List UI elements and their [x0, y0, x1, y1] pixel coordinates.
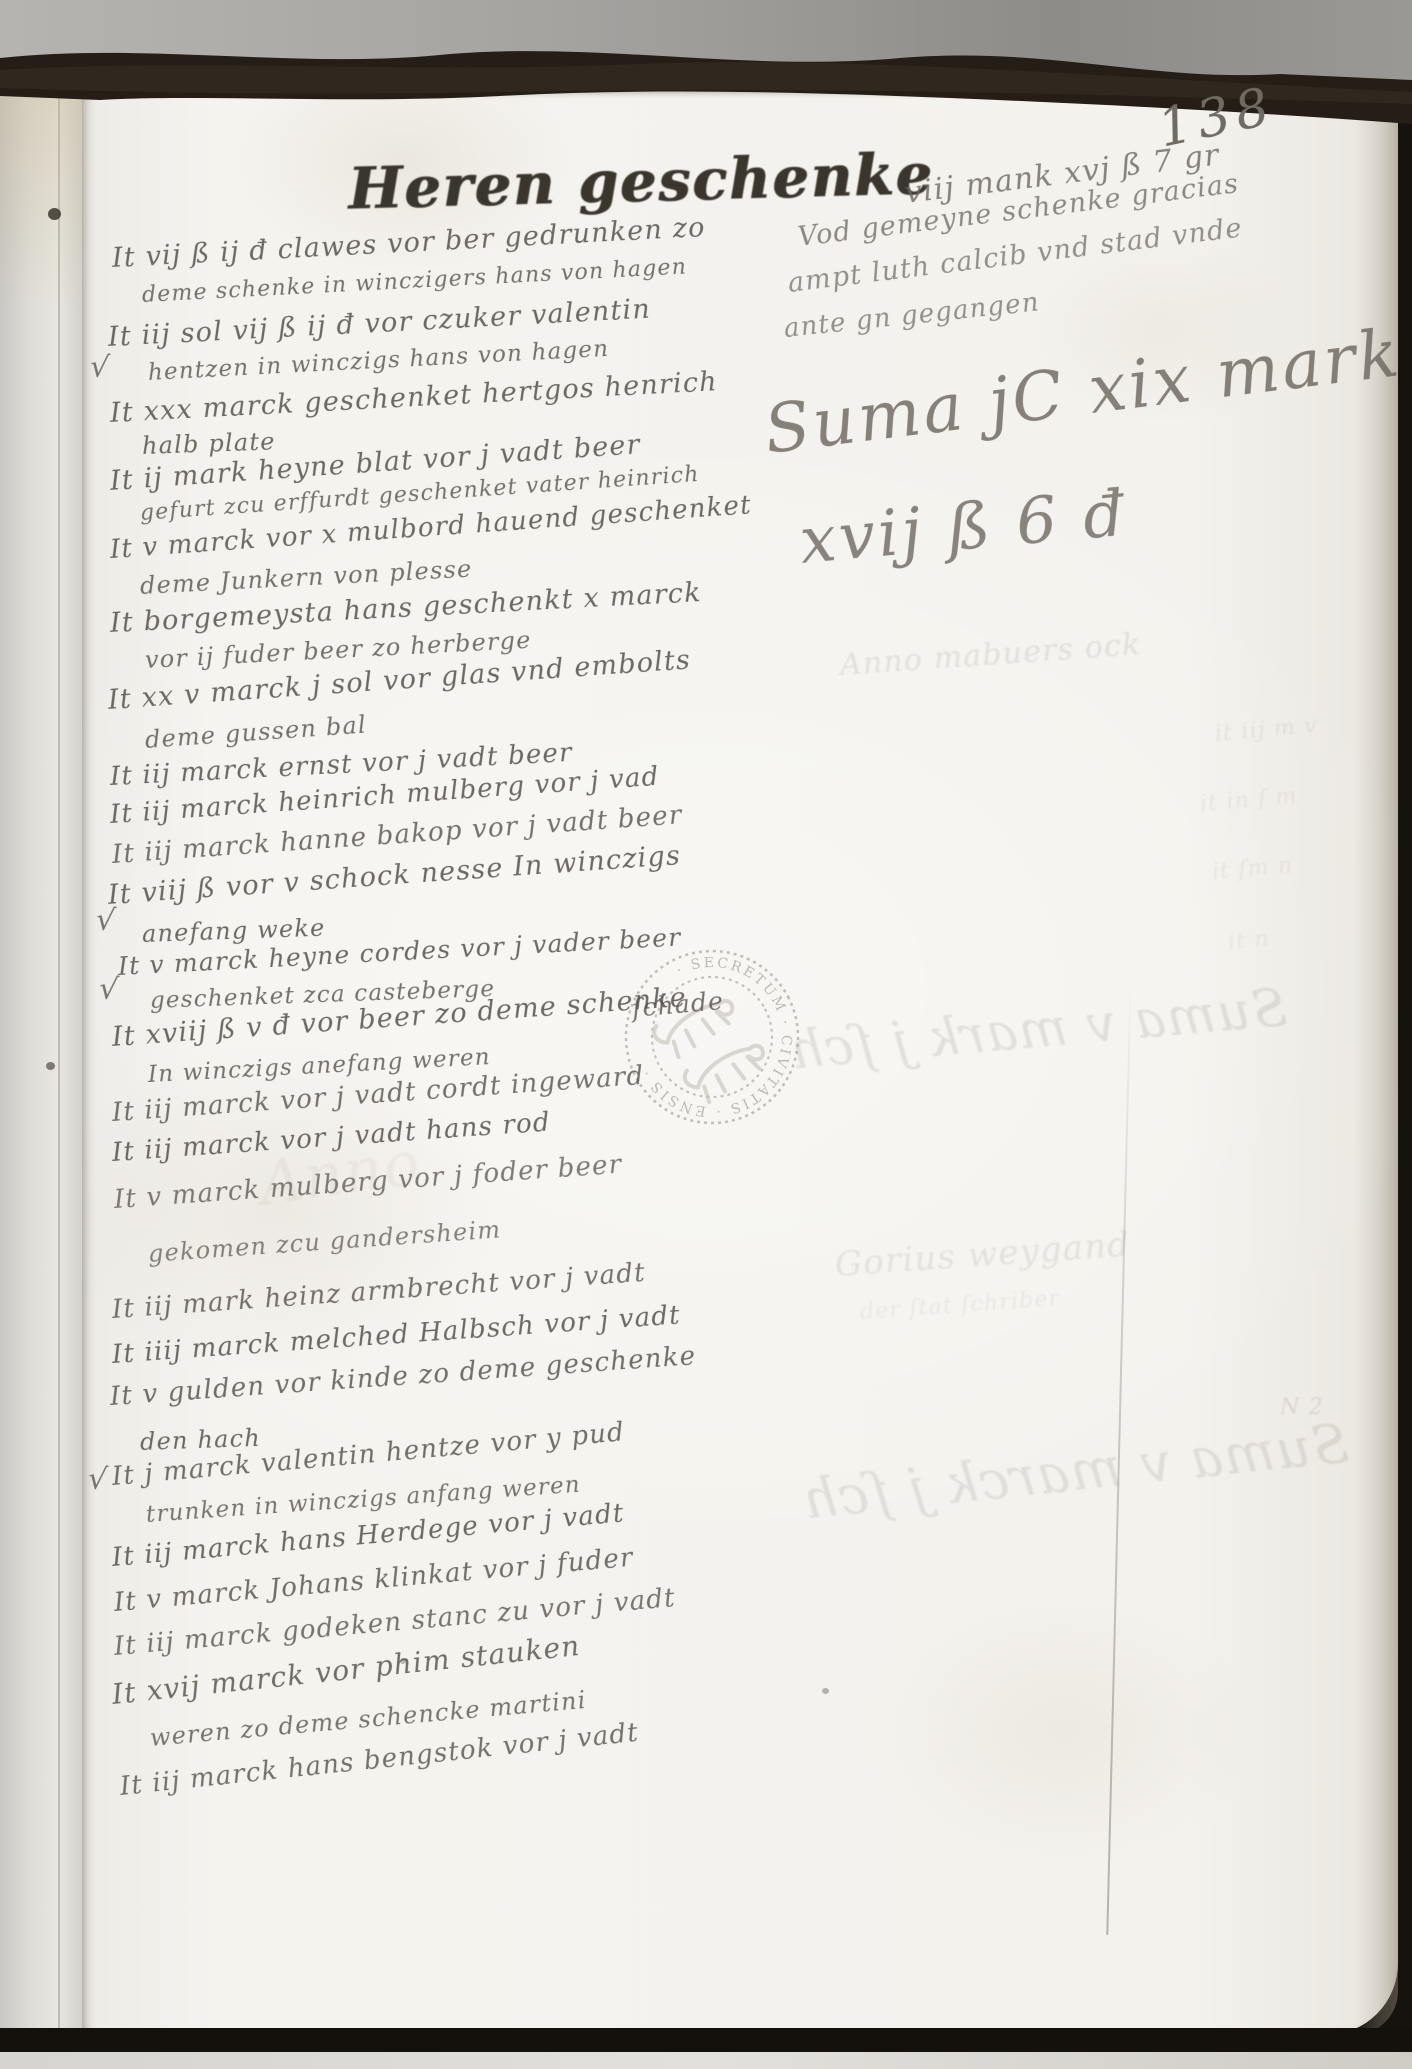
page-stack-gutter-edge [0, 88, 82, 2036]
bleedthrough-ghost-line: it n [1227, 926, 1271, 955]
margin-checkmark: √ [97, 971, 120, 1008]
binding-hole [48, 208, 61, 220]
photo-shadow-bottom [0, 2028, 1412, 2054]
manuscript-photo: { "manuscript": { "folio_number": "138",… [0, 0, 1412, 2069]
photo-background-bottom [0, 2052, 1412, 2069]
margin-checkmark: √ [94, 902, 117, 939]
binding-hole [46, 1062, 55, 1070]
margin-checkmark: √ [86, 1461, 109, 1498]
ink-speck [822, 1688, 829, 1694]
margin-checkmark: √ [88, 349, 111, 386]
